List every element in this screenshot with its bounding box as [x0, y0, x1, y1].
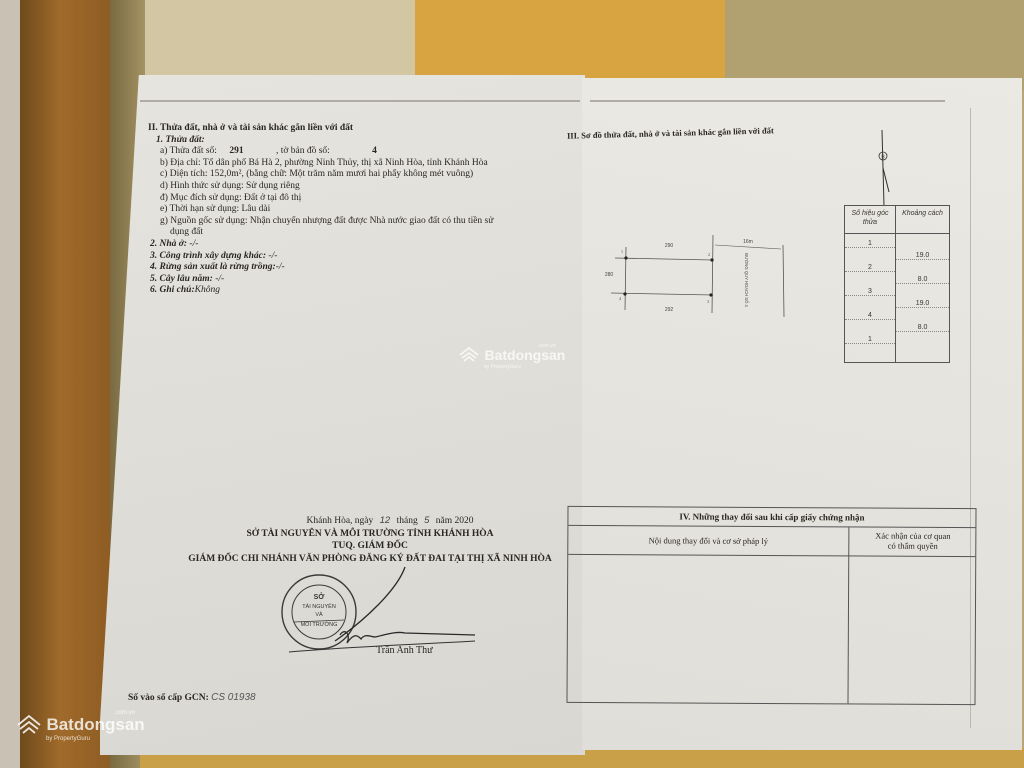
registration-value: CS 01938 [211, 692, 255, 703]
corner-number-cell: 3 [845, 288, 895, 296]
other-construction-item: 3. Công trình xây dựng khác: -/- [148, 251, 568, 263]
corner-number-header: Số hiệu góc thửa [845, 209, 895, 227]
signer-title: GIÁM ĐỐC CHI NHÁNH VĂN PHÒNG ĐĂNG KÝ ĐẤT… [160, 553, 580, 566]
svg-text:2: 2 [708, 252, 710, 257]
distance-cell: 19.0 [896, 300, 949, 308]
signature-block: Khánh Hòa, ngày 12 tháng 5 năm 2020 SỞ T… [160, 515, 580, 565]
address-row: b) Địa chỉ: Tổ dân phố Bá Hà 2, phường N… [148, 158, 568, 170]
issuing-agency: SỞ TÀI NGUYÊN VÀ MÔI TRƯỜNG TỈNH KHÁNH H… [160, 528, 580, 541]
svg-text:290: 290 [665, 243, 674, 249]
on-behalf-of: TUQ. GIÁM ĐỐC [160, 540, 580, 553]
page-border-line [140, 100, 580, 102]
authority-confirmation-header: Xác nhận của cơ quan có thẩm quyền [850, 530, 975, 551]
distance-cell: 8.0 [896, 324, 949, 332]
distance-cell: 19.0 [896, 252, 949, 260]
issue-date: Khánh Hòa, ngày 12 tháng 5 năm 2020 [160, 515, 580, 528]
usage-purpose-row: đ) Mục đích sử dụng: Đất ở tại đô thị [148, 193, 568, 205]
parcel-diagram: 290 280 292 16m ĐƯỜNG QUY HOẠCH SỐ 4 1 2… [595, 225, 795, 325]
distance-cell: 8.0 [896, 276, 949, 284]
section-iv-heading: IV. Những thay đổi sau khi cấp giấy chứn… [568, 507, 975, 528]
map-sheet-number: 4 [332, 146, 377, 156]
distance-header: Khoảng cách [896, 209, 949, 218]
svg-text:3: 3 [707, 299, 709, 304]
svg-text:ĐƯỜNG QUY HOẠCH SỐ 4: ĐƯỜNG QUY HOẠCH SỐ 4 [744, 253, 749, 307]
column-divider [847, 527, 849, 703]
svg-text:1: 1 [621, 249, 623, 254]
page-border-line [590, 100, 945, 102]
batdongsan-logo-icon [458, 346, 480, 364]
origin-row: g) Nguồn gốc sử dụng: Nhận chuyển nhượng… [148, 216, 568, 228]
svg-text:4: 4 [619, 296, 621, 301]
section-ii-land-info: II. Thửa đất, nhà ở và tài sản khác gắn … [148, 123, 568, 297]
area-row: c) Diện tích: 152,0m², (bằng chữ: Một tr… [148, 169, 568, 181]
batdongsan-logo-icon [16, 714, 42, 736]
usage-term-row: e) Thời hạn sử dụng: Lâu dài [148, 204, 568, 216]
background-curtain-olive [725, 0, 1024, 90]
perennial-trees-item: 5. Cây lâu năm: -/- [148, 274, 568, 286]
section-ii-heading: II. Thửa đất, nhà ở và tài sản khác gắn … [148, 123, 568, 135]
registration-number: Số vào sổ cấp GCN: CS 01938 [128, 692, 256, 703]
notes-item: 6. Ghi chú:Không [148, 285, 568, 297]
parcel-label: a) Thửa đất số: [160, 146, 217, 156]
section-iv-changes-table: IV. Những thay đổi sau khi cấp giấy chứn… [566, 506, 976, 705]
house-item: 2. Nhà ở: -/- [148, 239, 568, 251]
parcel-subheading: 1. Thửa đất: [148, 135, 568, 147]
watermark-center: Batdongsan .com.vn by PropertyGuru [458, 346, 565, 364]
corner-number-cell: 2 [845, 264, 895, 272]
signer-name: Trần Anh Thư [376, 645, 433, 656]
planted-forest-item: 4. Rừng sản xuất là rừng trồng:-/- [148, 262, 568, 274]
change-content-header: Nội dung thay đổi và cơ sở pháp lý [568, 535, 848, 546]
watermark-corner: Batdongsan .com.vn by PropertyGuru [16, 714, 145, 736]
map-sheet-label: , tờ bản đồ số: [246, 146, 330, 156]
corner-table-body: 1234119.08.019.08.0 [844, 232, 950, 363]
parcel-number: 291 [219, 146, 243, 156]
corner-number-cell: 1 [845, 336, 895, 344]
origin-row-continued: dụng đất [148, 227, 568, 239]
svg-text:292: 292 [665, 307, 674, 313]
svg-text:280: 280 [605, 272, 614, 278]
section-iv-header-row: Nội dung thay đổi và cơ sở pháp lý Xác n… [568, 526, 975, 557]
corner-number-cell: 1 [845, 240, 895, 248]
corner-number-cell: 4 [845, 312, 895, 320]
issue-day: 12 [376, 515, 395, 526]
svg-text:16m: 16m [743, 239, 753, 245]
corner-table-header: Số hiệu góc thửa Khoảng cách [844, 205, 950, 234]
north-arrow-icon: B [870, 128, 900, 208]
issue-month: 5 [420, 515, 433, 526]
usage-form-row: d) Hình thức sử dụng: Sử dụng riêng [148, 181, 568, 193]
handwritten-signature [285, 565, 485, 655]
parcel-number-row: a) Thửa đất số: 291 , tờ bản đồ số: 4 [148, 146, 568, 158]
